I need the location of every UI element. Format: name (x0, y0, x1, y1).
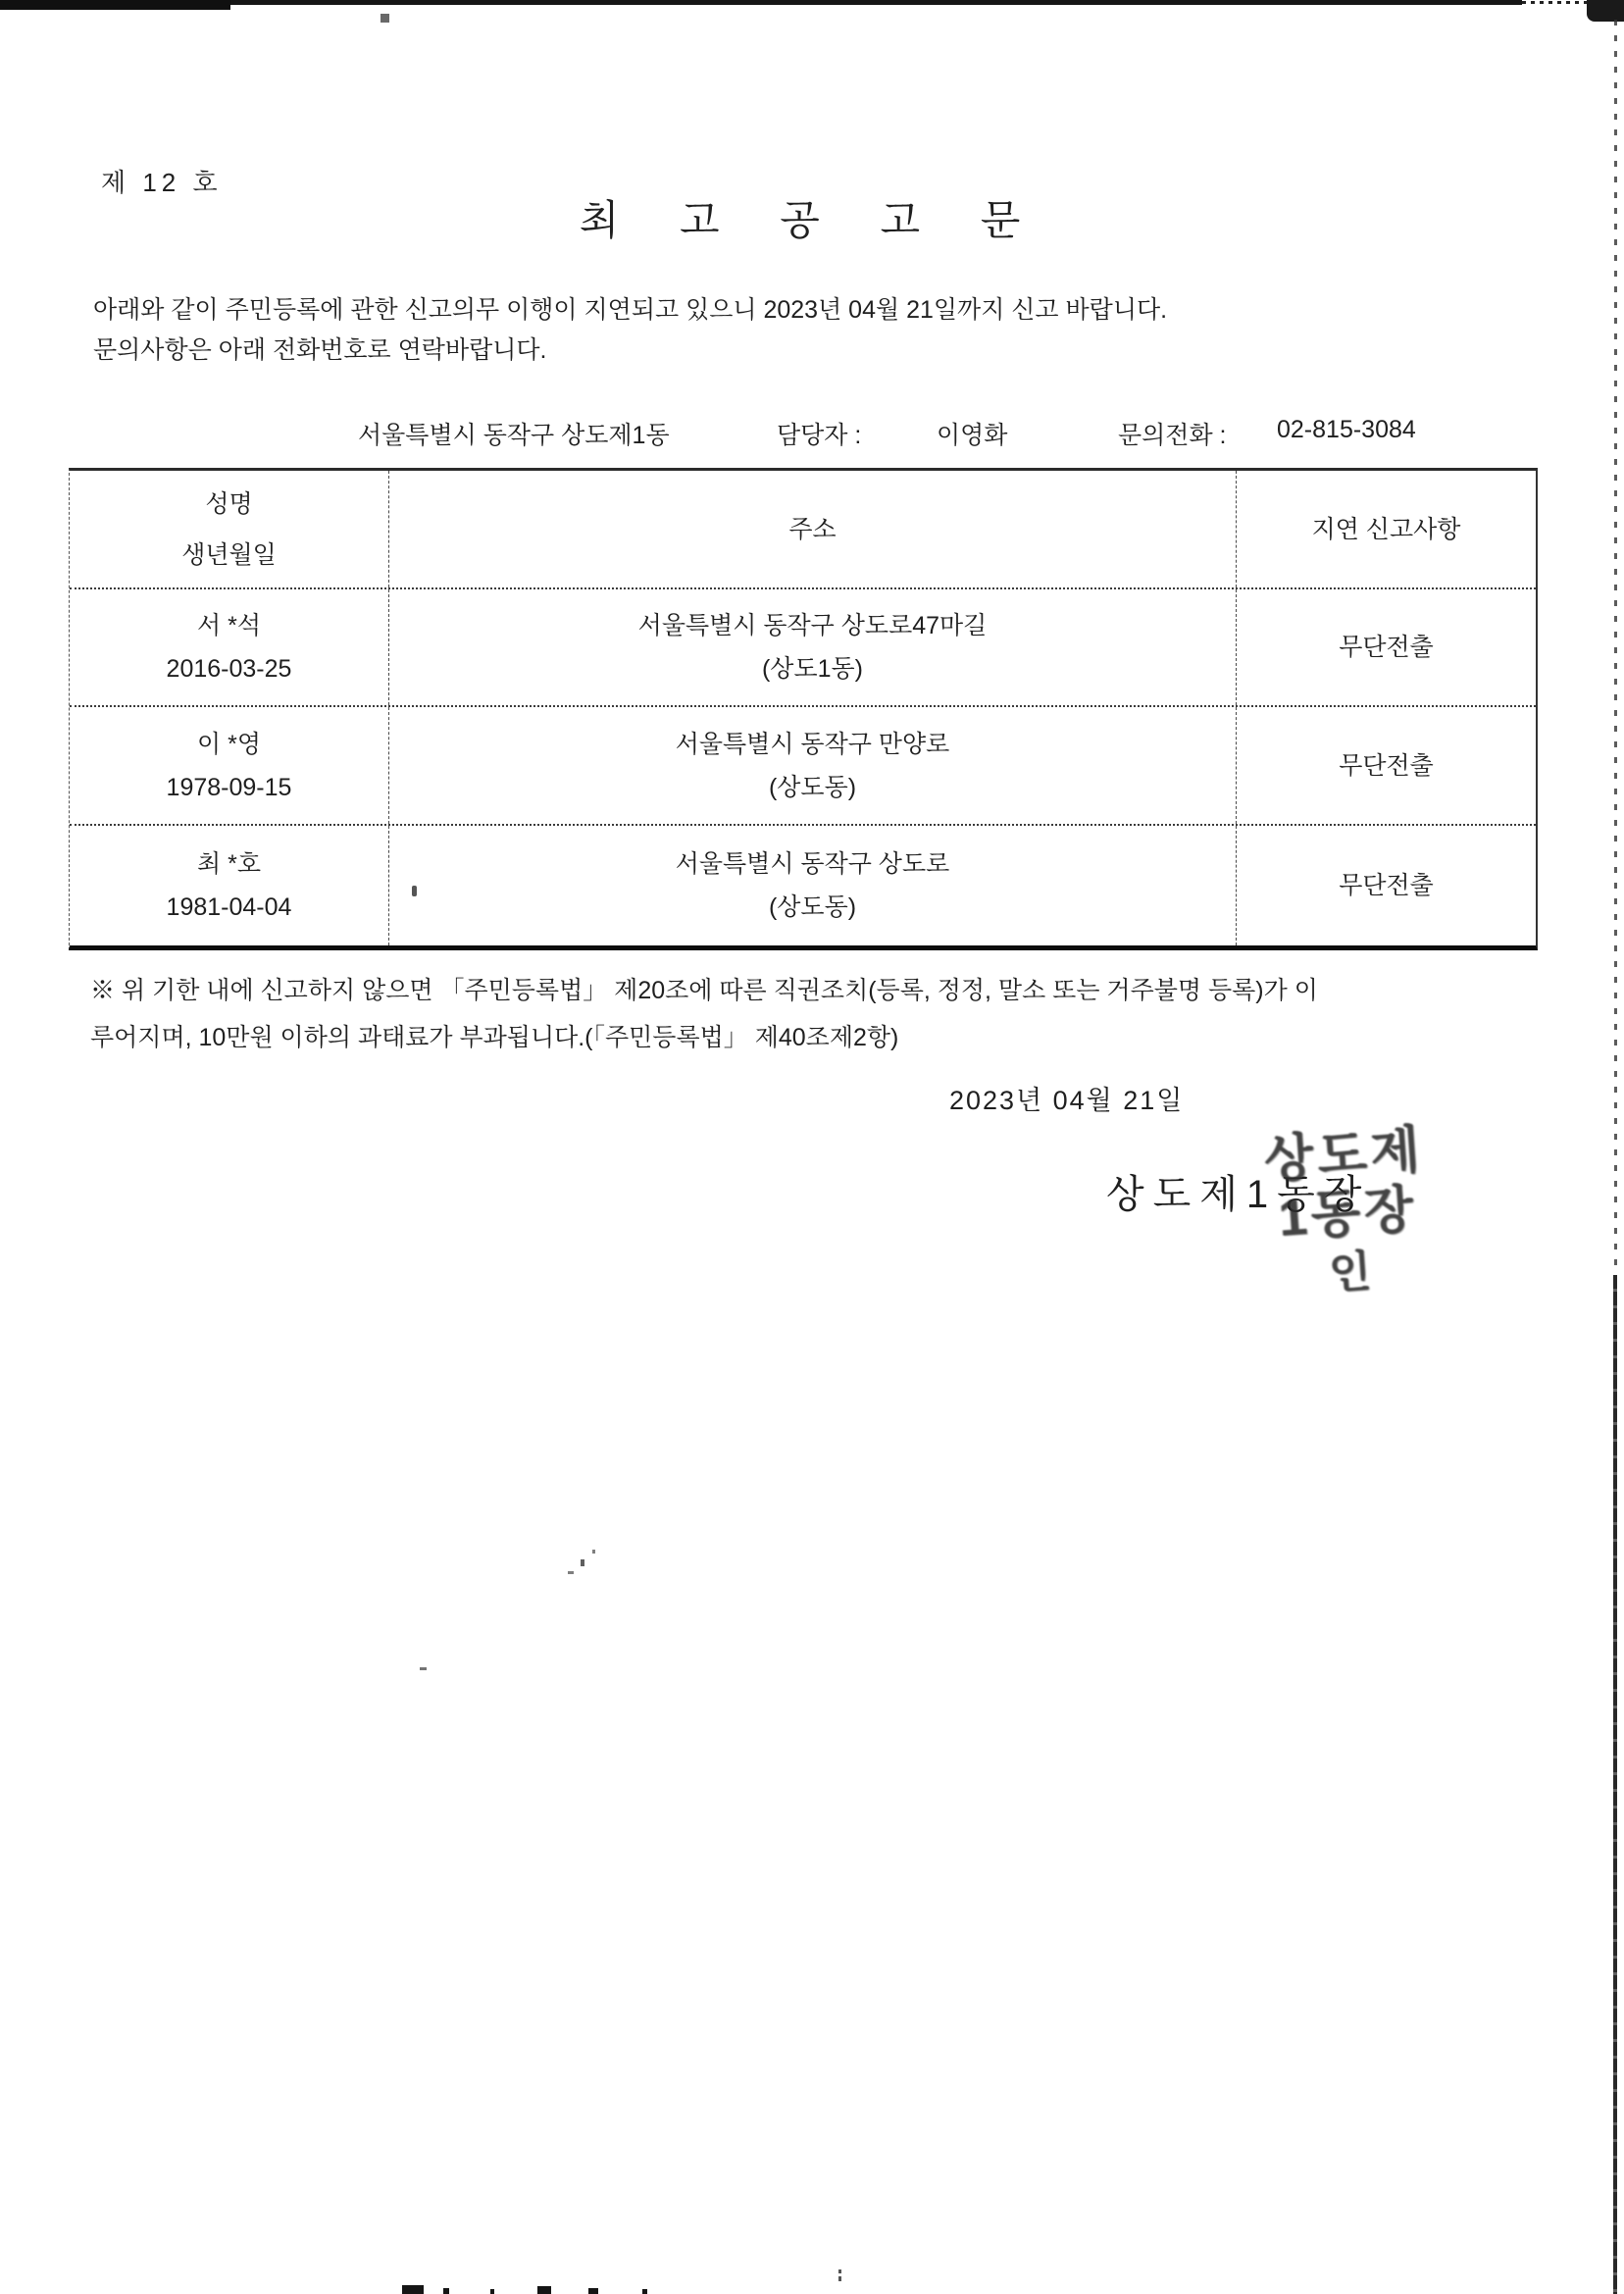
table-header-row: 성명 생년월일 주소 지연 신고사항 (70, 471, 1536, 587)
scan-speck (592, 1550, 595, 1554)
address-line-2: (상도1동) (762, 647, 863, 690)
official-seal-stamp: 상도제 1동장 인 (1242, 1119, 1456, 1319)
address-line-1: 서울특별시 동작구 상도로 (676, 842, 950, 886)
scan-fragment (490, 2289, 494, 2294)
cell-address: 서울특별시 동작구 상도로47마길 (상도1동) (388, 589, 1236, 705)
scan-speck (838, 2276, 841, 2281)
scan-fragment (588, 2288, 598, 2294)
address-line-2: (상도동) (769, 886, 856, 929)
phone-label: 문의전화 : (1118, 416, 1227, 451)
person-name: 최 *호 (197, 842, 261, 886)
header-delay-item: 지연 신고사항 (1236, 471, 1536, 587)
office-name: 서울특별시 동작구 상도제1동 (358, 416, 670, 451)
legal-footnote: ※ 위 기한 내에 신고하지 않으면 「주민등록법」 제20조에 따른 직권조치… (90, 967, 1561, 1061)
address-line-2: (상도동) (769, 766, 856, 809)
cell-status: 무단전출 (1236, 589, 1536, 705)
office-contact-line: 서울특별시 동작구 상도제1동 담당자 : 이영화 문의전화 : 02-815-… (0, 416, 1624, 451)
scan-artifact-top-strip-left (0, 0, 230, 10)
notice-table: 성명 생년월일 주소 지연 신고사항 서 *석 2016-03-25 서울특별시… (69, 468, 1538, 950)
cell-name-birth: 이 *영 1978-09-15 (70, 707, 388, 824)
intro-line-2: 문의사항은 아래 전화번호로 연락바랍니다. (93, 331, 1167, 371)
cell-address: 서울특별시 동작구 상도로 (상도동) (388, 826, 1236, 945)
person-birth: 1978-09-15 (167, 766, 292, 809)
address-line-1: 서울특별시 동작구 상도로47마길 (638, 604, 988, 647)
scan-speck (568, 1571, 574, 1574)
cell-status: 무단전출 (1236, 707, 1536, 824)
table-row: 최 *호 1981-04-04 서울특별시 동작구 상도로 (상도동) 무단전출 (70, 824, 1536, 945)
person-birth: 1981-04-04 (167, 886, 292, 929)
intro-paragraph: 아래와 같이 주민등록에 관한 신고의무 이행이 지연되고 있으니 2023년 … (93, 290, 1167, 371)
cell-address: 서울특별시 동작구 만양로 (상도동) (388, 707, 1236, 824)
scan-fragment (443, 2288, 449, 2294)
cell-name-birth: 최 *호 1981-04-04 (70, 826, 388, 945)
header-name-birth: 성명 생년월일 (70, 471, 388, 587)
scan-artifact-top-dots (1522, 1, 1591, 4)
scan-fragment (402, 2285, 424, 2294)
person-name: 이 *영 (197, 723, 261, 766)
header-birth: 생년월일 (181, 530, 277, 581)
cell-status: 무단전출 (1236, 826, 1536, 945)
scan-speck (581, 1559, 584, 1566)
document-title: 최 고 공 고 문 (580, 188, 1045, 247)
person-birth: 2016-03-25 (167, 647, 292, 690)
scan-speck (381, 14, 389, 23)
cell-name-birth: 서 *석 2016-03-25 (70, 589, 388, 705)
table-row: 서 *석 2016-03-25 서울특별시 동작구 상도로47마길 (상도1동)… (70, 587, 1536, 705)
scan-artifact-corner-blob (1587, 0, 1624, 22)
intro-line-1: 아래와 같이 주민등록에 관한 신고의무 이행이 지연되고 있으니 2023년 … (93, 290, 1167, 331)
table-row: 이 *영 1978-09-15 서울특별시 동작구 만양로 (상도동) 무단전출 (70, 705, 1536, 824)
scan-fragment (537, 2286, 551, 2294)
contact-name: 이영화 (937, 416, 1007, 451)
scan-artifact-right-edge (1614, 20, 1617, 1275)
contact-label: 담당자 : (777, 416, 861, 451)
address-line-1: 서울특별시 동작구 만양로 (676, 723, 950, 766)
scan-artifact-right-edge-dense (1613, 1275, 1617, 2294)
scan-speck (420, 1667, 427, 1670)
footnote-line-2: 루어지며, 10만원 이하의 과태료가 부과됩니다.(「주민등록법」 제40조제… (90, 1014, 1561, 1061)
phone-number: 02-815-3084 (1277, 416, 1416, 444)
person-name: 서 *석 (197, 604, 261, 647)
scanned-notice-page: 제 12 호 최 고 공 고 문 아래와 같이 주민등록에 관한 신고의무 이행… (0, 0, 1624, 2294)
document-date: 2023년 04월 21일 (949, 1079, 1184, 1117)
scan-fragment (642, 2289, 647, 2294)
footnote-line-1: ※ 위 기한 내에 신고하지 않으면 「주민등록법」 제20조에 따른 직권조치… (90, 967, 1561, 1014)
header-name: 성명 (205, 479, 252, 530)
document-number: 제 12 호 (101, 163, 223, 199)
header-address: 주소 (388, 471, 1236, 587)
scan-speck (838, 2269, 841, 2273)
